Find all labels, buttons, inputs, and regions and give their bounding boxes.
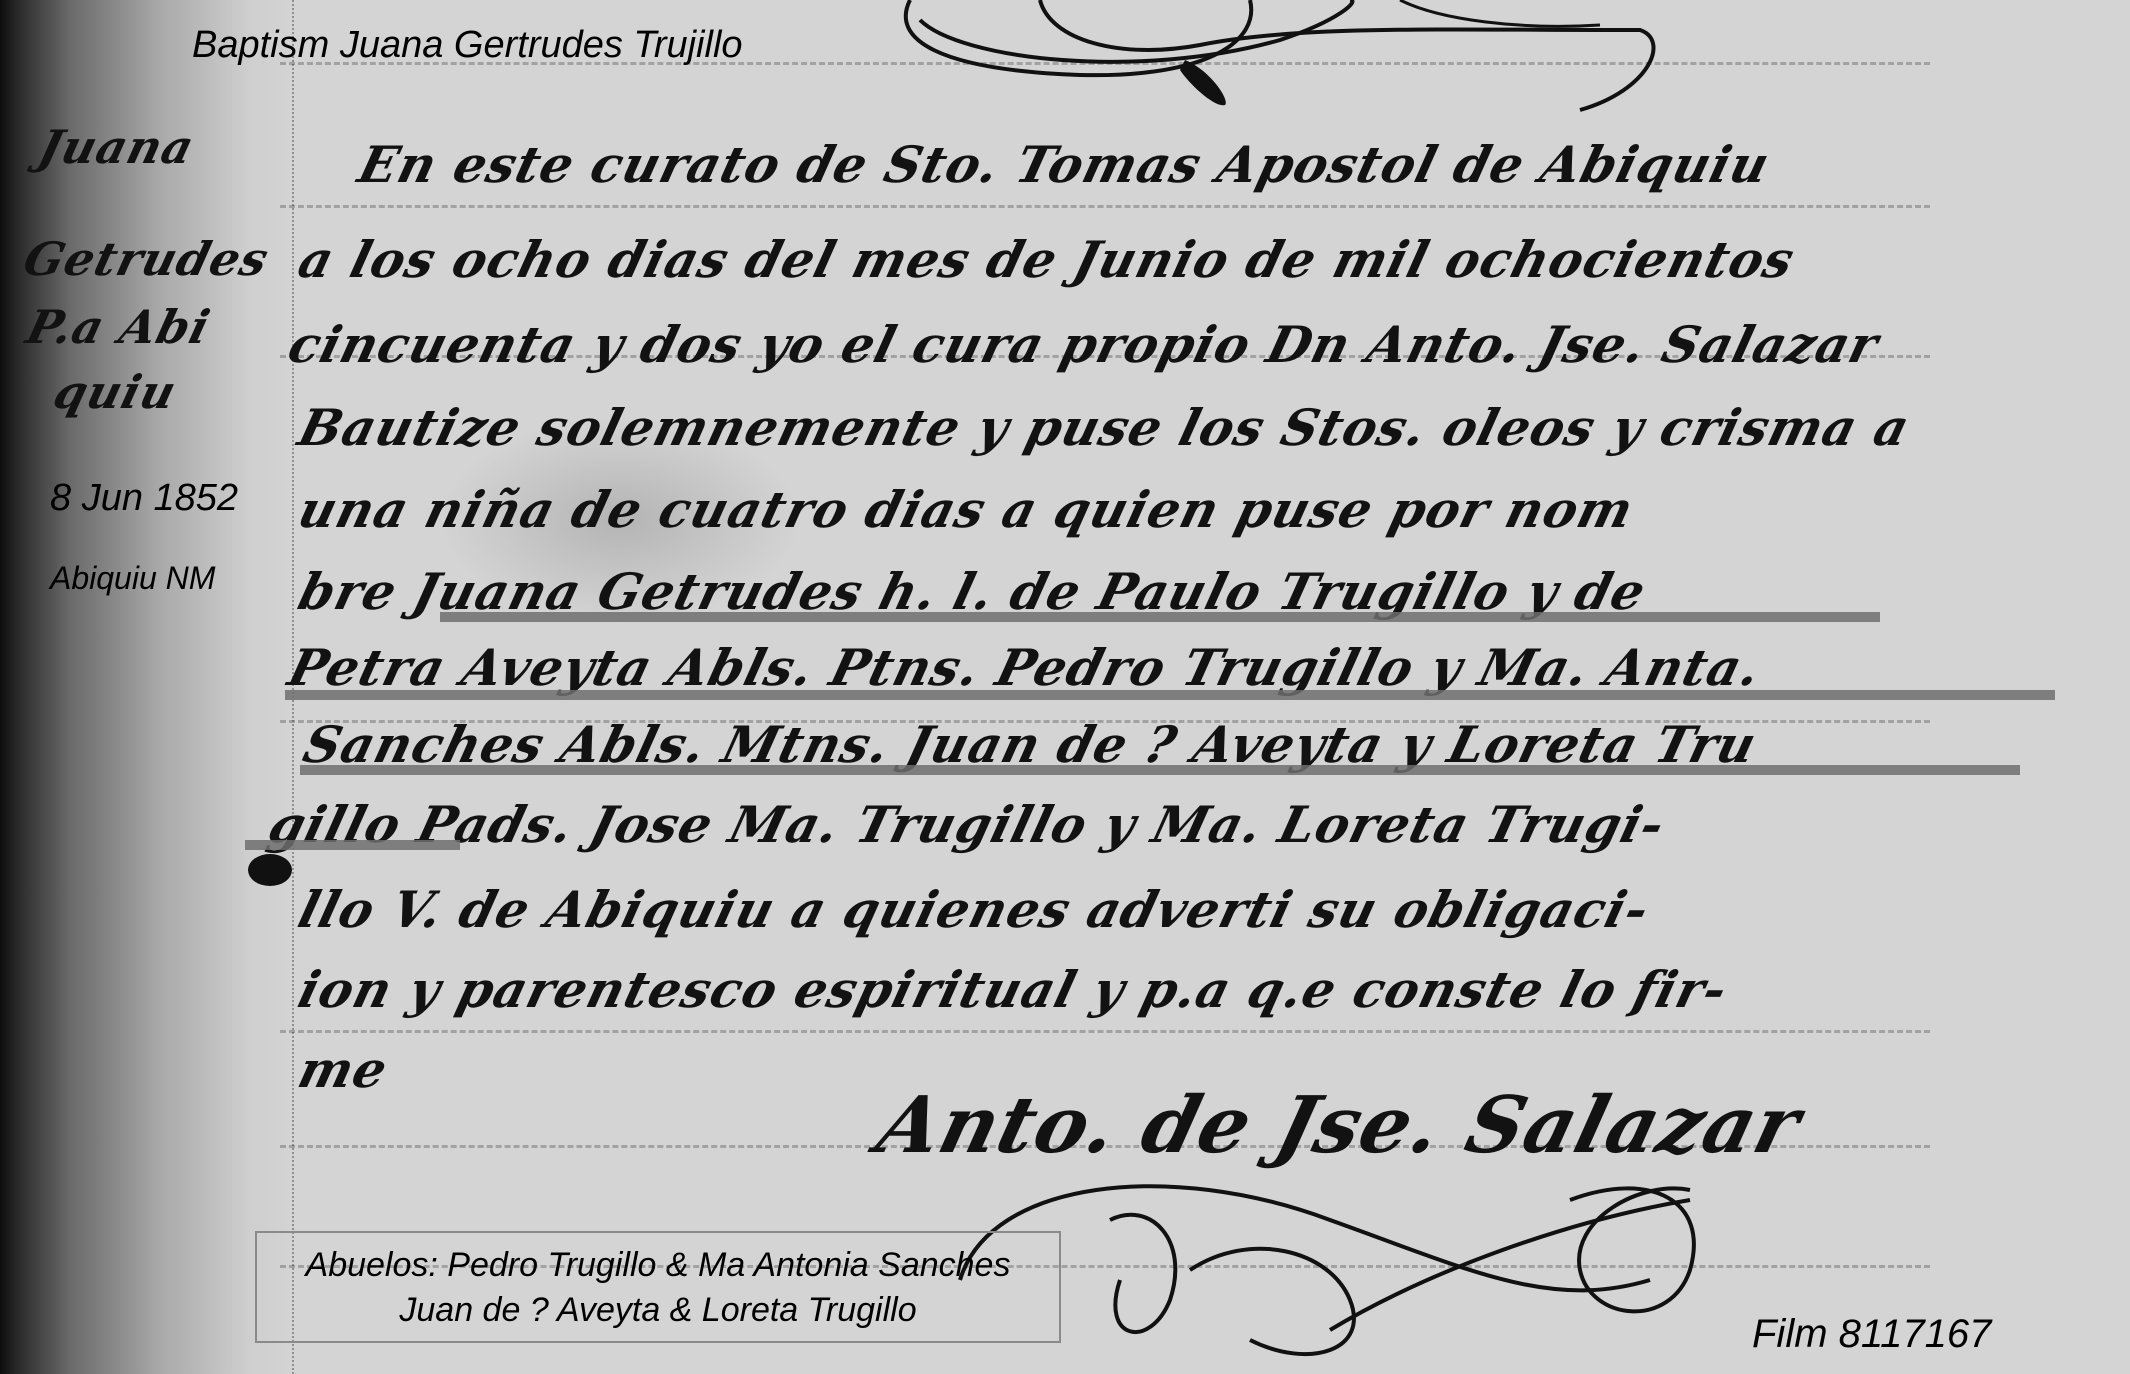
ruled-line: [280, 1030, 1930, 1033]
handwritten-line: llo V. de Abiquiu a quienes adverti su o…: [293, 880, 1656, 939]
handwritten-line: a los ocho dias del mes de Junio de mil …: [293, 230, 1801, 289]
handwritten-line: Petra Aveyta Abls. Ptns. Pedro Trugillo …: [283, 638, 1767, 697]
signature: Anto. de Jse. Salazar: [869, 1080, 1810, 1171]
highlight-underline: [440, 612, 1880, 622]
flourish-top: [880, 0, 1680, 120]
handwritten-line: En este curato de Sto. Tomas Apostol de …: [353, 135, 1776, 194]
margin-note-line: P.a Abi: [21, 300, 216, 354]
handwritten-line: me: [293, 1040, 394, 1099]
highlight-underline: [285, 690, 2055, 700]
abuelos-line-paternal: Abuelos: Pedro Trugillo & Ma Antonia San…: [257, 1246, 1059, 1285]
handwritten-line: cincuenta y dos yo el cura propio Dn Ant…: [283, 315, 1885, 374]
handwritten-line: gillo Pads. Jose Ma. Trugillo y Ma. Lore…: [263, 795, 1671, 854]
margin-note-line: Getrudes: [18, 232, 274, 286]
annotation-date: 8 Jun 1852: [50, 477, 238, 520]
abuelos-line-maternal: Juan de ? Aveyta & Loreta Trugillo: [257, 1291, 1059, 1330]
margin-note-line: Juana: [33, 120, 200, 174]
document-scan: Juana Getrudes P.a Abi quiu En este cura…: [0, 0, 2130, 1374]
highlight-underline: [300, 765, 2020, 775]
highlight-underline: [245, 840, 460, 850]
annotation-place: Abiquiu NM: [50, 560, 215, 597]
margin-note-line: quiu: [48, 365, 182, 419]
handwritten-line: Bautize solemnemente y puse los Stos. ol…: [293, 398, 1916, 457]
handwritten-line: una niña de cuatro dias a quien puse por…: [293, 480, 1640, 539]
handwritten-line: ion y parentesco espiritual y p.a q.e co…: [293, 960, 1734, 1019]
ruled-line: [280, 205, 1930, 208]
annotation-film-number: Film 8117167: [1752, 1312, 1991, 1357]
annotation-title: Baptism Juana Gertrudes Trujillo: [192, 24, 743, 67]
abuelos-annotation-box: Abuelos: Pedro Trugillo & Ma Antonia San…: [255, 1231, 1061, 1343]
